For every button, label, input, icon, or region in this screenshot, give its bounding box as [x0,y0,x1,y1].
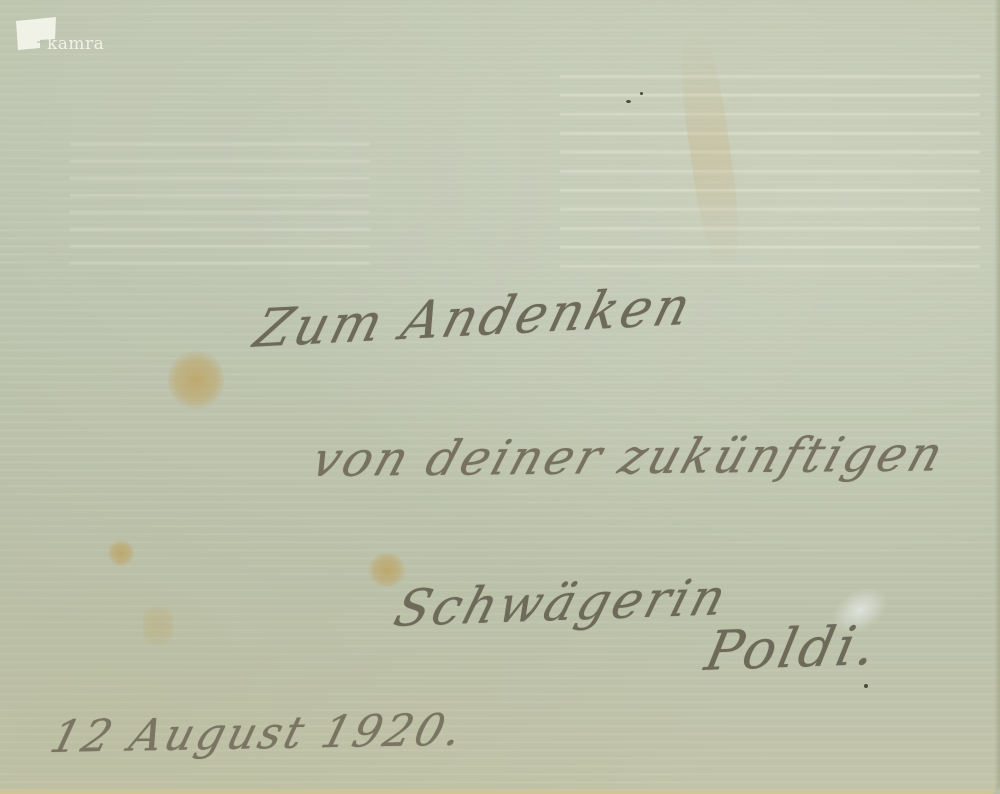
paper-embossing-left [70,130,370,270]
card-right-edge [994,0,1000,794]
handwritten-line-1: Zum Andenken [248,276,700,360]
ink-speck [626,100,631,103]
stain-small [108,540,134,566]
ink-speck [640,92,643,95]
kamra-watermark: kamra [12,12,122,60]
postcard-back: kamra Zum Andenken von deiner zukünftige… [0,0,1000,794]
kamra-logo-text: kamra [47,34,104,54]
stain-large [168,350,224,410]
stain-small [368,553,406,587]
handwritten-signature: Poldi. [700,614,884,683]
handwritten-line-2: von deiner zukünftigen [305,426,952,488]
paper-embossing-right [560,60,980,280]
handwritten-line-3: Schwägerin [388,568,735,638]
handwritten-date: 12 August 1920. [45,705,470,763]
ink-speck [864,684,868,688]
stain-faint [143,600,173,650]
card-bottom-edge [0,788,1000,794]
stain-streak [673,28,746,271]
